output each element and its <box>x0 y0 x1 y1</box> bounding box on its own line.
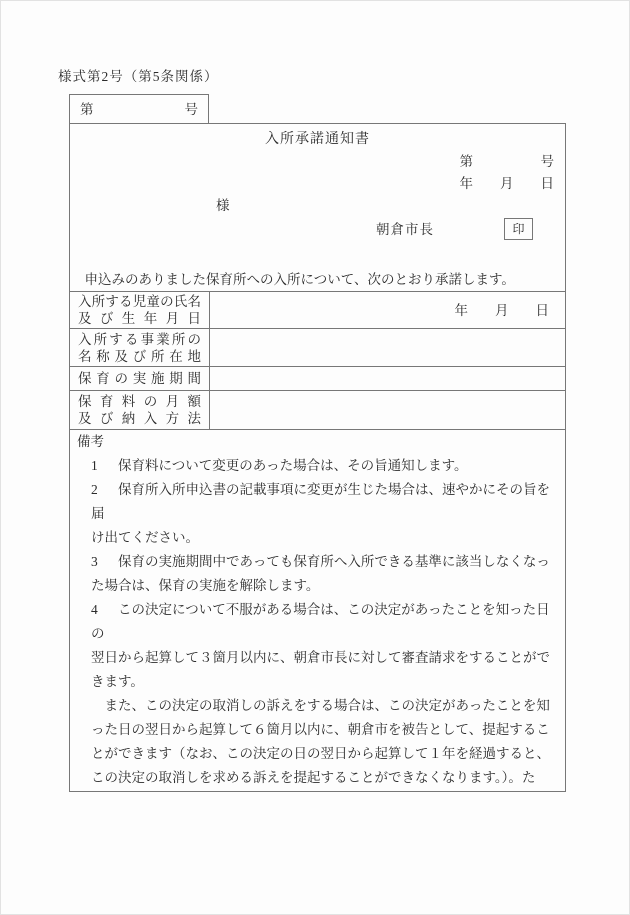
notice-body-text: 申込みのありました保育所への入所について、次のとおり承諾します。 <box>71 270 559 289</box>
row-value <box>210 391 565 429</box>
row-value: 年 月 日 <box>210 292 565 328</box>
row-value <box>210 367 565 390</box>
seal-box: 印 <box>504 218 533 240</box>
issuer-row: 朝倉市長 印 <box>70 218 565 242</box>
row-label: 保育の実施期間 <box>70 367 210 390</box>
remark-number: 4 <box>91 598 118 622</box>
row-label: 保育料の月額 及び納入方法 <box>70 391 210 429</box>
remark-number: 2 <box>91 478 118 502</box>
row-label: 入所する事業所の 名称及び所在地 <box>70 329 210 366</box>
issuer-name: 朝倉市長 <box>376 220 434 239</box>
number-box-suffix: 号 <box>185 100 199 119</box>
remark-number: 1 <box>91 454 118 478</box>
notice-title: 入所承諾通知書 <box>70 130 565 149</box>
remark-number: 3 <box>91 550 118 574</box>
remark-item: 4この決定について不服がある場合は、この決定があったことを知った日の 翌日から起… <box>91 598 557 792</box>
doc-number-line: 第 号 <box>460 152 555 171</box>
remark-item: 2保育所入所申込書の記載事項に変更が生じた場合は、速やかにその旨を届 け出てくだ… <box>91 478 557 550</box>
number-box-prefix: 第 <box>80 100 94 119</box>
form-page: 様式第2号（第5条関係） 第 号 入所承諾通知書 第 号 年 月 日 様 朝倉市… <box>0 0 630 915</box>
seal-icon: 印 <box>512 220 524 239</box>
row-label: 入所する児童の氏名 及び生年月日 <box>70 292 210 328</box>
remarks-section: 備考 1保育料について変更のあった場合は、その旨通知します。 2保育所入所申込書… <box>70 430 565 792</box>
notice-box: 入所承諾通知書 第 号 年 月 日 様 朝倉市長 印 申込みのありました保育所へ… <box>69 123 566 792</box>
remarks-heading: 備考 <box>77 430 557 454</box>
addressee-honorific: 様 <box>216 196 230 215</box>
table-row-child-name: 入所する児童の氏名 及び生年月日 年 月 日 <box>70 292 565 329</box>
admission-info-table: 入所する児童の氏名 及び生年月日 年 月 日 入所する事業所の 名称及び所在地 … <box>70 291 565 430</box>
table-row-facility: 入所する事業所の 名称及び所在地 <box>70 329 565 367</box>
remark-text: 保育所入所申込書の記載事項に変更が生じた場合は、速やかにその旨を届 け出てくださ… <box>91 482 550 545</box>
remark-text: 保育の実施期間中であっても保育所へ入所できる基準に該当しなくなっ た場合は、保育… <box>91 554 550 593</box>
table-row-care-period: 保育の実施期間 <box>70 367 565 391</box>
remark-text: 保育料について変更のあった場合は、その旨通知します。 <box>118 458 468 473</box>
remark-item: 3保育の実施期間中であっても保育所へ入所できる基準に該当しなくなっ た場合は、保… <box>91 550 557 598</box>
issue-date-line: 年 月 日 <box>460 174 555 193</box>
remark-text: この決定について不服がある場合は、この決定があったことを知った日の 翌日から起算… <box>91 602 550 792</box>
table-row-fee: 保育料の月額 及び納入方法 <box>70 391 565 430</box>
remark-item: 1保育料について変更のあった場合は、その旨通知します。 <box>91 454 557 478</box>
row-value <box>210 329 565 366</box>
form-style-label: 様式第2号（第5条関係） <box>58 67 219 86</box>
document-number-box: 第 号 <box>69 94 209 124</box>
